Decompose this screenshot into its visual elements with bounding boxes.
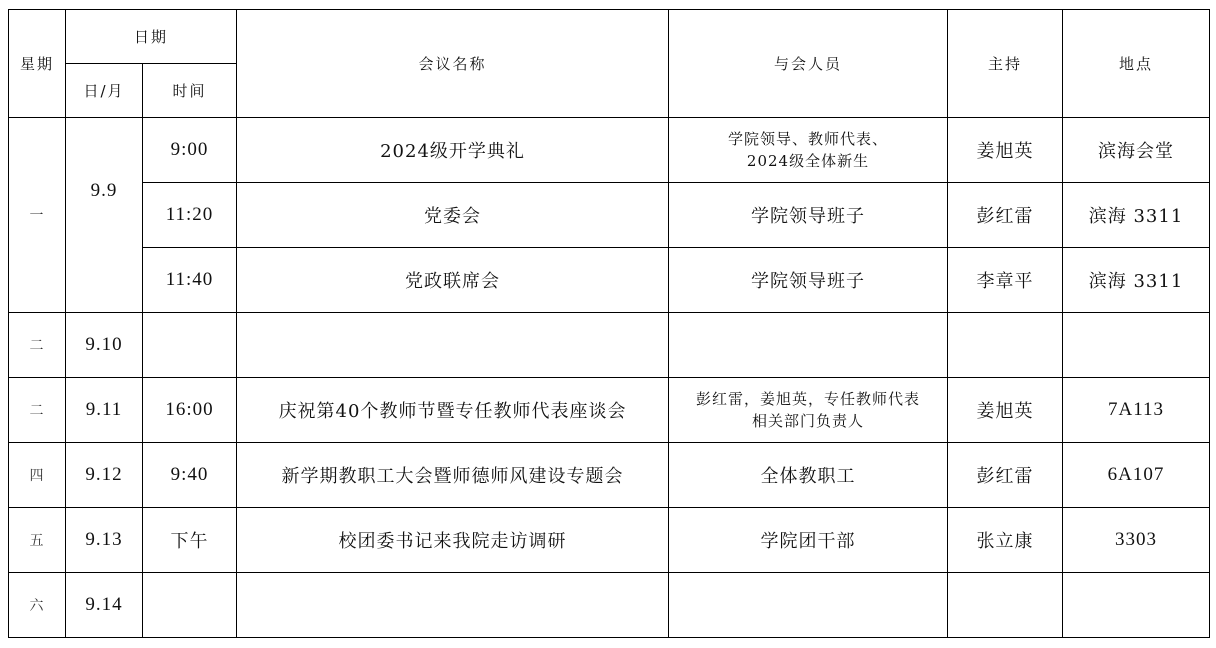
header-date-group: 日期	[66, 10, 237, 64]
date-cell: 9.9	[66, 118, 143, 313]
meeting-name-cell	[237, 313, 669, 378]
attendees-cell: 学院领导、教师代表、 2024级全体新生	[669, 118, 948, 183]
date-cell: 9.14	[66, 573, 143, 638]
weekday-cell: 五	[9, 508, 66, 573]
date-cell: 9.12	[66, 443, 143, 508]
header-weekday: 星期	[9, 10, 66, 118]
date-cell: 9.13	[66, 508, 143, 573]
table-row: 六 9.14	[9, 573, 1210, 638]
weekday-cell: 一	[9, 118, 66, 313]
table-row: 四 9.12 9:40 新学期教职工大会暨师德师风建设专题会 全体教职工 彭红雷…	[9, 443, 1210, 508]
time-cell: 下午	[143, 508, 237, 573]
host-cell: 彭红雷	[948, 443, 1063, 508]
time-cell	[143, 313, 237, 378]
attendees-line: 彭红雷，姜旭英，专任教师代表	[669, 388, 947, 410]
time-cell	[143, 573, 237, 638]
time-cell: 9:40	[143, 443, 237, 508]
location-cell: 6A107	[1063, 443, 1210, 508]
time-cell: 11:40	[143, 248, 237, 313]
host-cell: 张立康	[948, 508, 1063, 573]
time-cell: 11:20	[143, 183, 237, 248]
location-cell: 7A113	[1063, 378, 1210, 443]
table-row: 11:40 党政联席会 学院领导班子 李章平 滨海 3311	[9, 248, 1210, 313]
table-row: 五 9.13 下午 校团委书记来我院走访调研 学院团干部 张立康 3303	[9, 508, 1210, 573]
weekday-cell: 六	[9, 573, 66, 638]
location-cell: 滨海会堂	[1063, 118, 1210, 183]
attendees-cell: 全体教职工	[669, 443, 948, 508]
meeting-name-cell	[237, 573, 669, 638]
time-cell: 9:00	[143, 118, 237, 183]
header-attendees: 与会人员	[669, 10, 948, 118]
meeting-schedule-table: 星期 日期 会议名称 与会人员 主持 地点 日/月 时间 一 9.9 9:00 …	[8, 9, 1210, 638]
location-cell: 滨海 3311	[1063, 248, 1210, 313]
meeting-name-cell: 党委会	[237, 183, 669, 248]
meeting-name-cell: 庆祝第40个教师节暨专任教师代表座谈会	[237, 378, 669, 443]
meeting-name-cell: 2024级开学典礼	[237, 118, 669, 183]
attendees-cell: 彭红雷，姜旭英，专任教师代表 相关部门负责人	[669, 378, 948, 443]
table-row: 一 9.9 9:00 2024级开学典礼 学院领导、教师代表、 2024级全体新…	[9, 118, 1210, 183]
location-cell	[1063, 313, 1210, 378]
header-location: 地点	[1063, 10, 1210, 118]
host-cell: 李章平	[948, 248, 1063, 313]
table-row: 二 9.10	[9, 313, 1210, 378]
location-cell: 3303	[1063, 508, 1210, 573]
attendees-cell: 学院领导班子	[669, 183, 948, 248]
attendees-line: 学院领导、教师代表、	[669, 128, 947, 150]
header-meeting-name: 会议名称	[237, 10, 669, 118]
attendees-cell: 学院领导班子	[669, 248, 948, 313]
attendees-line: 2024级全体新生	[669, 150, 947, 172]
weekday-cell: 二	[9, 378, 66, 443]
weekday-cell: 四	[9, 443, 66, 508]
location-cell: 滨海 3311	[1063, 183, 1210, 248]
attendees-cell: 学院团干部	[669, 508, 948, 573]
time-cell: 16:00	[143, 378, 237, 443]
weekday-cell: 二	[9, 313, 66, 378]
header-day-month: 日/月	[66, 64, 143, 118]
host-cell: 姜旭英	[948, 378, 1063, 443]
meeting-name-cell: 新学期教职工大会暨师德师风建设专题会	[237, 443, 669, 508]
attendees-cell	[669, 573, 948, 638]
host-cell	[948, 573, 1063, 638]
attendees-line: 相关部门负责人	[669, 410, 947, 432]
meeting-name-cell: 党政联席会	[237, 248, 669, 313]
meeting-name-cell: 校团委书记来我院走访调研	[237, 508, 669, 573]
location-cell	[1063, 573, 1210, 638]
host-cell	[948, 313, 1063, 378]
host-cell: 彭红雷	[948, 183, 1063, 248]
attendees-cell	[669, 313, 948, 378]
header-time: 时间	[143, 64, 237, 118]
table-row: 二 9.11 16:00 庆祝第40个教师节暨专任教师代表座谈会 彭红雷，姜旭英…	[9, 378, 1210, 443]
date-cell: 9.10	[66, 313, 143, 378]
table-row: 11:20 党委会 学院领导班子 彭红雷 滨海 3311	[9, 183, 1210, 248]
host-cell: 姜旭英	[948, 118, 1063, 183]
date-cell: 9.11	[66, 378, 143, 443]
header-host: 主持	[948, 10, 1063, 118]
